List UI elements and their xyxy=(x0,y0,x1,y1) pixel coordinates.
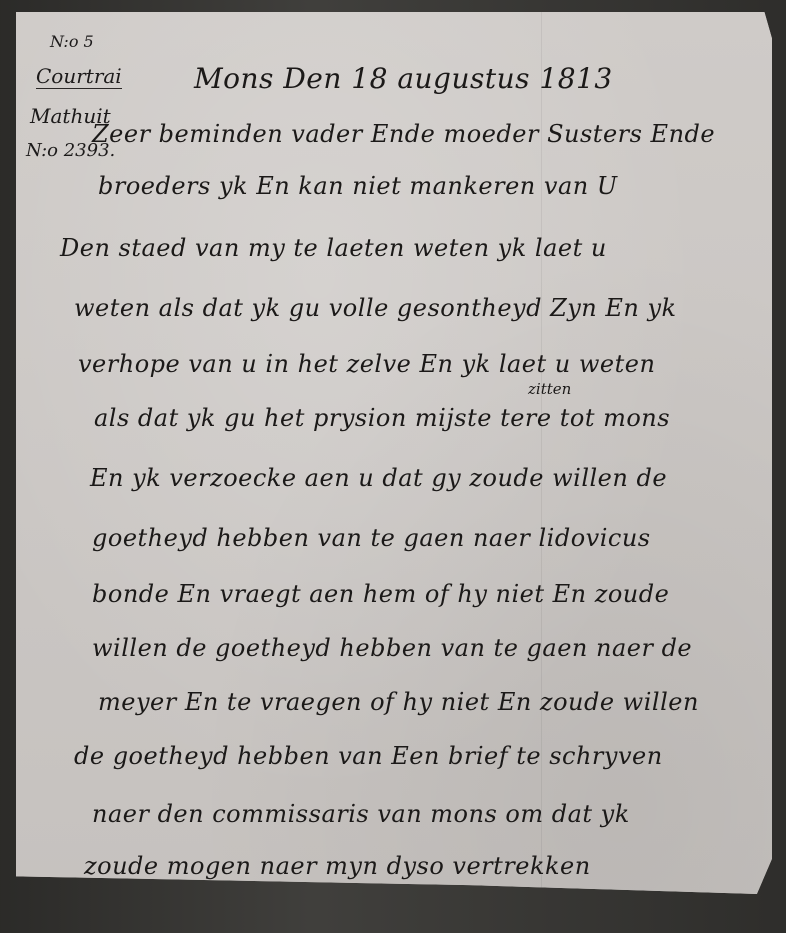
letter-line: En yk verzoecke aen u dat gy zoude wille… xyxy=(90,464,667,492)
letter-line: als dat yk gu het prysion mijste tere to… xyxy=(94,404,670,432)
letter-line: Zeer beminden vader Ende moeder Susters … xyxy=(92,120,715,148)
letter-line: zoude mogen naer myn dyso vertrekken xyxy=(84,852,591,880)
letter-line: willen de goetheyd hebben van te gaen na… xyxy=(92,634,692,662)
letter-paper: N:o 5 Courtrai Mathuit N:o 2393. zitten … xyxy=(16,12,772,894)
interlinear-insertion: zitten xyxy=(528,380,571,398)
letter-line: broeders yk En kan niet mankeren van U xyxy=(98,172,618,200)
letter-line-date: Mons Den 18 augustus 1813 xyxy=(194,62,613,95)
letter-line: naer den commissaris van mons om dat yk xyxy=(92,800,630,828)
letter-line: Den staed van my te laeten weten yk laet… xyxy=(60,234,607,262)
letter-line: de goetheyd hebben van Een brief te schr… xyxy=(74,742,663,770)
letter-line: bonde En vraegt aen hem of hy niet En zo… xyxy=(92,580,669,608)
letter-line: verhope van u in het zelve En yk laet u … xyxy=(78,350,655,378)
margin-place: Courtrai xyxy=(36,64,122,89)
letter-line: weten als dat yk gu volle gesontheyd Zyn… xyxy=(74,294,677,322)
letter-line: meyer En te vraegen of hy niet En zoude … xyxy=(98,688,699,716)
margin-number: N:o 5 xyxy=(50,32,94,51)
letter-line: goetheyd hebben van te gaen naer lidovic… xyxy=(92,524,651,552)
